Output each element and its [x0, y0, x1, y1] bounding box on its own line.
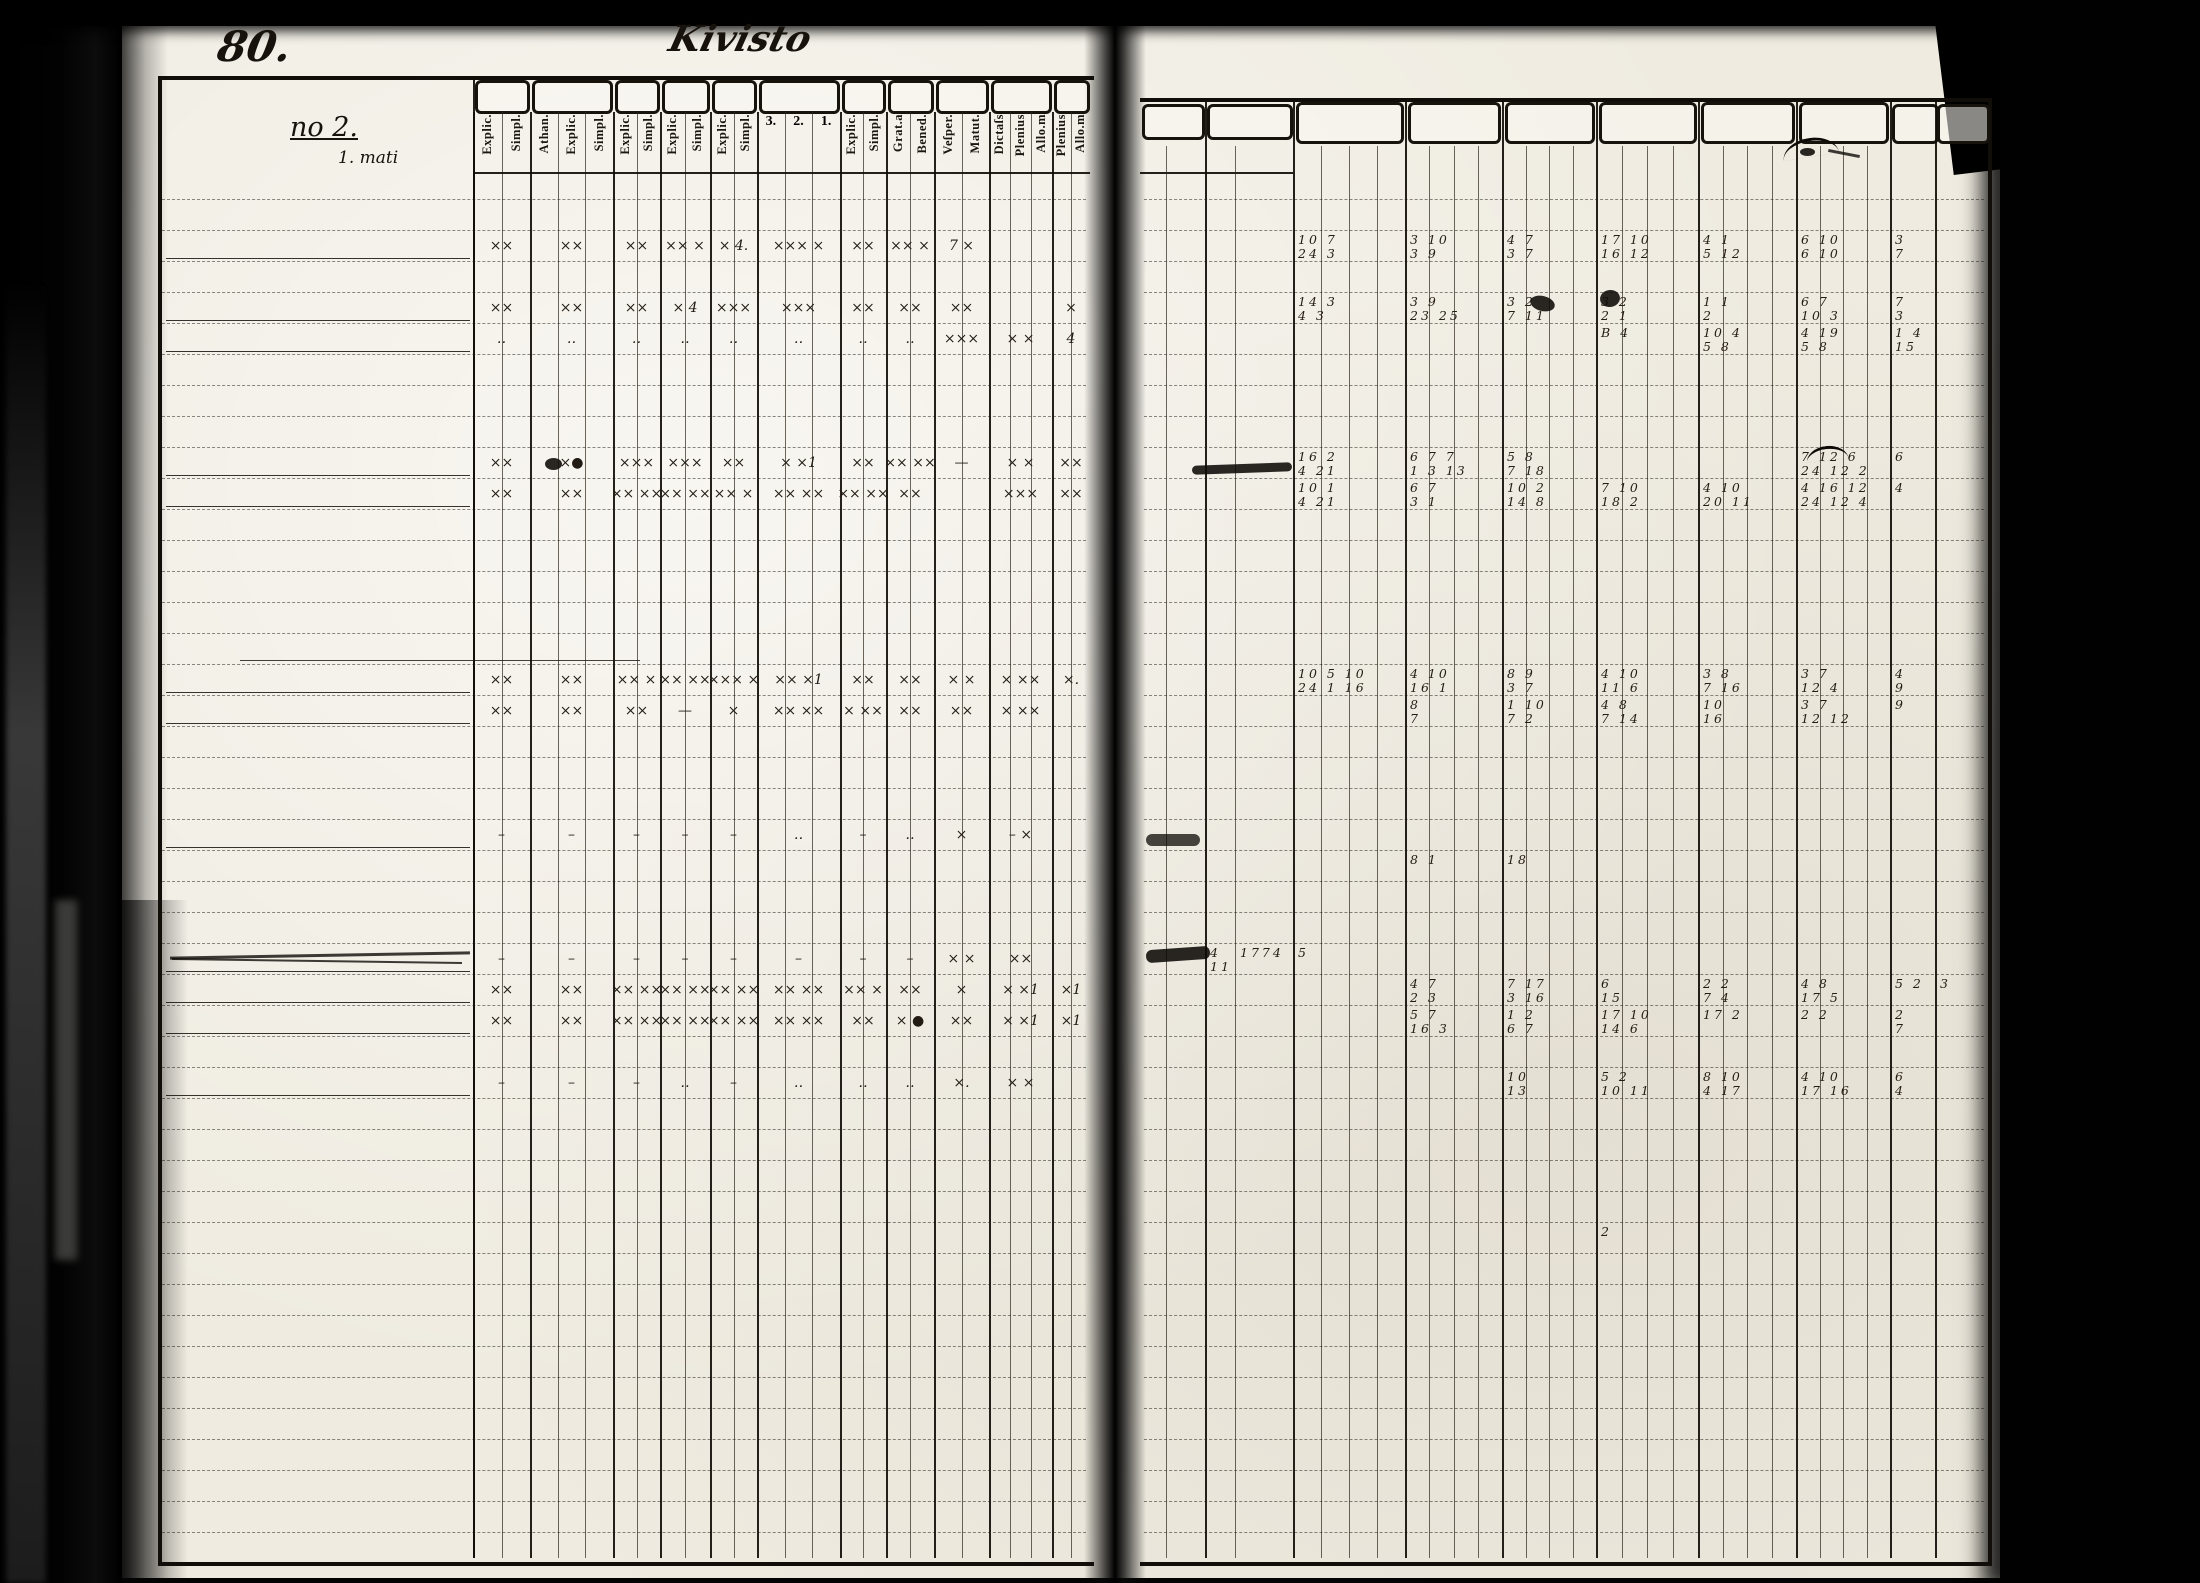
- check-cell: ×: [934, 978, 989, 1002]
- year-mark-line: 4: [1890, 1084, 1935, 1098]
- check-cell: –: [660, 823, 710, 847]
- year-mark-line: 1 1: [1698, 295, 1796, 309]
- year-mark-line: 7 16: [1698, 681, 1796, 695]
- subcolumn-header: 1.: [812, 114, 840, 172]
- year-header-3: [1599, 102, 1697, 144]
- grid-hline: [166, 1002, 470, 1003]
- grid-hline: [1144, 1501, 1984, 1502]
- grid-hline: [162, 1315, 1086, 1316]
- year-mark-cell: 1 415: [1890, 326, 1935, 355]
- subcolumn-label: Grat.a: [892, 114, 905, 152]
- grid-hline: [473, 172, 1090, 174]
- grid-hline: [162, 1005, 1086, 1006]
- check-cell: × ●: [886, 1009, 934, 1033]
- year-mark-cell: 8 1: [1405, 853, 1502, 867]
- year-mark-line: 6 7: [1405, 481, 1502, 495]
- year-mark-line: 3 16: [1502, 991, 1596, 1005]
- year-mark-cell: 4: [1890, 481, 1935, 495]
- year-mark-cell: 4 1017 16: [1796, 1070, 1890, 1099]
- check-marks-row: ×××××× ×××× ×××× ××× ×××× ×××××××××: [473, 482, 1090, 506]
- year-mark-line: 14 6: [1596, 1022, 1698, 1036]
- column-header-10: [1054, 80, 1090, 114]
- check-cell: –: [530, 823, 613, 847]
- check-cell: ×× ××: [613, 482, 660, 506]
- year-mark-cell: 1774: [1235, 946, 1293, 960]
- grid-hline: [1144, 788, 1984, 789]
- year-mark-line: 10 5 10: [1293, 667, 1405, 681]
- year-mark-line: 7: [1890, 1022, 1935, 1036]
- subcolumn-label: Explic.: [845, 114, 858, 155]
- column-header-6: [842, 80, 886, 114]
- subcolumn-header: Plenius: [1010, 114, 1031, 172]
- subcolumn-header: Simpl.: [502, 114, 531, 172]
- obiit-sub-1: [1235, 146, 1293, 170]
- year-mark-line: 4: [1890, 481, 1935, 495]
- check-cell: ‥: [473, 327, 530, 351]
- grid-hline: [162, 726, 1086, 727]
- grid-hline: [162, 1129, 1086, 1130]
- grid-hline: [162, 385, 1086, 386]
- grid-vline: [1935, 98, 1937, 1558]
- check-cell: ‥: [757, 1071, 840, 1095]
- year-mark-line: 4 1: [1698, 233, 1796, 247]
- grid-hline: [162, 292, 1086, 293]
- subcolumn-label: Explic.: [666, 114, 679, 155]
- year-mark-line: 8 1: [1405, 853, 1502, 867]
- grid-hline: [162, 230, 1086, 231]
- year-mark-line: 4: [1890, 667, 1935, 681]
- check-cell: [1052, 234, 1090, 258]
- year-header-2: [1505, 102, 1595, 144]
- subcolumn-header: Simpl.: [734, 114, 758, 172]
- check-cell: ×× ××: [757, 978, 840, 1002]
- grid-hline: [162, 1284, 1086, 1285]
- year-mark-line: 1774: [1235, 946, 1293, 960]
- check-cell: 4: [1052, 327, 1090, 351]
- subcolumn-header: Explic.: [613, 114, 637, 172]
- check-marks-row: ×××●××××××××× ×1×××× ××—× ×××: [473, 451, 1090, 475]
- grid-hline: [240, 660, 640, 661]
- check-cell: —: [660, 699, 710, 723]
- year-mark-line: 12 12: [1796, 712, 1890, 726]
- check-cell: ××× ×: [757, 234, 840, 258]
- grid-hline: [162, 1377, 1086, 1378]
- year-mark-line: 10: [1502, 1070, 1596, 1084]
- check-cell: –: [840, 823, 886, 847]
- subcolumn-header: 2.: [785, 114, 813, 172]
- year-mark-line: 17 10: [1596, 233, 1698, 247]
- check-cell: ‥: [886, 327, 934, 351]
- check-cell: ×× ××: [613, 978, 660, 1002]
- year-mark-cell: 1013: [1502, 1070, 1596, 1099]
- year-mark-line: 2 3: [1405, 991, 1502, 1005]
- year-mark-cell: 4 1011 6: [1596, 667, 1698, 696]
- check-cell: –: [613, 823, 660, 847]
- check-cell: ×1: [1052, 1009, 1090, 1033]
- check-cell: ××: [613, 234, 660, 258]
- grid-hline: [162, 633, 1086, 634]
- year-mark-line: 5 7: [1405, 1008, 1502, 1022]
- grid-hline: [1144, 1346, 1984, 1347]
- grid-hline: [162, 1253, 1086, 1254]
- grid-hline: [1144, 230, 1984, 231]
- check-cell: × ×: [989, 1071, 1052, 1095]
- year-mark-line: 5 8: [1796, 340, 1890, 354]
- check-cell: ‥: [660, 1071, 710, 1095]
- check-cell: ×× ××: [660, 482, 710, 506]
- year-mark-line: 4 10: [1796, 1070, 1890, 1084]
- grid-hline: [166, 723, 470, 724]
- year-mark-line: 7 14: [1596, 712, 1698, 726]
- year-mark-line: 1 3 13: [1405, 464, 1502, 478]
- column-header-5: [759, 80, 840, 114]
- year-mark-cell: 2 27 4: [1698, 977, 1796, 1006]
- check-cell: –: [660, 947, 710, 971]
- subcolumn-header: Explic.: [710, 114, 734, 172]
- year-mark-cell: 27: [1890, 1008, 1935, 1037]
- check-cell: ××: [840, 451, 886, 475]
- subcolumn-label: Plenius: [1055, 114, 1068, 156]
- year-mark-line: 7: [1890, 247, 1935, 261]
- subcolumn-label: 1.: [821, 114, 832, 130]
- check-cell: ×.: [934, 1071, 989, 1095]
- check-cell: ××: [934, 296, 989, 320]
- check-cell: ×× ××: [660, 668, 710, 692]
- year-mark-cell: 3: [1935, 977, 1988, 991]
- year-header-4: [1701, 102, 1795, 144]
- grid-hline: [1144, 881, 1984, 882]
- ink-blot: [1800, 148, 1815, 156]
- check-cell: ××: [530, 482, 613, 506]
- year-mark-line: 2: [1698, 309, 1796, 323]
- year-mark-line: 16 1: [1405, 681, 1502, 695]
- year-mark-line: 4 10: [1698, 481, 1796, 495]
- grid-hline: [166, 258, 470, 259]
- grid-hline: [162, 571, 1086, 572]
- check-cell: [934, 482, 989, 506]
- subcolumn-label: Plenius: [1014, 114, 1027, 156]
- column-header-1: [532, 80, 613, 114]
- year-mark-line: 18 2: [1596, 495, 1698, 509]
- column-header-8: [936, 80, 989, 114]
- grid-hline: [162, 1067, 1086, 1068]
- check-marks-row: ––––––––× ×××: [473, 947, 1090, 971]
- year-mark-line: 3 9: [1405, 247, 1502, 261]
- subcolumn-header: Explic.: [660, 114, 685, 172]
- natus-header: [1142, 104, 1205, 140]
- year-mark-cell: 73: [1890, 295, 1935, 324]
- check-cell: ××: [840, 668, 886, 692]
- subcolumn-label: Simpl.: [868, 114, 881, 151]
- check-marks-row: ‥‥‥‥‥‥‥‥×××× ×4: [473, 327, 1090, 351]
- check-cell: ×× ×1: [757, 668, 840, 692]
- grid-hline: [166, 1033, 470, 1034]
- check-cell: ×××: [757, 296, 840, 320]
- year-mark-cell: 1 26 7: [1502, 1008, 1596, 1037]
- check-cell: –: [530, 1071, 613, 1095]
- grid-hline: [162, 447, 1086, 448]
- year-mark-line: 4 7: [1405, 977, 1502, 991]
- check-cell: –: [886, 947, 934, 971]
- subcolumn-label: Explic.: [565, 114, 578, 155]
- grid-hline: [166, 971, 470, 972]
- subcolumn-header: Matut.: [962, 114, 990, 172]
- year-mark-line: 24 12 2: [1796, 464, 1890, 478]
- year-mark-cell: 16 24 21: [1293, 450, 1405, 479]
- year-mark-line: 9: [1890, 698, 1935, 712]
- year-mark-cell: 18: [1502, 853, 1596, 867]
- check-cell: ×× ××: [710, 978, 757, 1002]
- grid-hline: [162, 1036, 1086, 1037]
- grid-hline: [162, 1346, 1086, 1347]
- year-mark-line: 4 19: [1796, 326, 1890, 340]
- column-header-3: [662, 80, 710, 114]
- check-cell: [989, 234, 1052, 258]
- grid-hline: [1144, 1284, 1984, 1285]
- year-header-0: [1296, 102, 1404, 144]
- year-header-1: [1408, 102, 1501, 144]
- check-cell: × ×1: [989, 978, 1052, 1002]
- grid-hline: [162, 323, 1086, 324]
- grid-hline: [162, 261, 1086, 262]
- year-mark-cell: 615: [1596, 977, 1698, 1006]
- check-cell: [1052, 699, 1090, 723]
- check-cell: ××: [530, 668, 613, 692]
- check-cell: ×× ×: [613, 668, 660, 692]
- year-mark-line: 14 8: [1502, 495, 1596, 509]
- check-cell: ×: [934, 823, 989, 847]
- grid-hline: [166, 506, 470, 507]
- grid-hline: [162, 199, 1086, 200]
- grid-hline: [1144, 1377, 1984, 1378]
- grid-hline: [1144, 1315, 1984, 1316]
- year-mark-line: 6: [1890, 450, 1935, 464]
- year-mark-line: 3: [1890, 309, 1935, 323]
- check-cell: ××× ×: [710, 668, 757, 692]
- grid-hline: [162, 788, 1086, 789]
- year-mark-line: 1 10: [1502, 698, 1596, 712]
- check-cell: × 4: [660, 296, 710, 320]
- year-mark-line: 3 7: [1502, 247, 1596, 261]
- check-marks-row: –––––‥–‥×– ×: [473, 823, 1090, 847]
- year-mark-cell: 4 87 14: [1596, 698, 1698, 727]
- year-mark-cell: 6 7 71 3 13: [1405, 450, 1502, 479]
- check-cell: [1052, 823, 1090, 847]
- grid-hline: [1144, 540, 1984, 541]
- year-mark-cell: 49: [1890, 667, 1935, 696]
- check-cell: ‥: [613, 327, 660, 351]
- column-header-4: [712, 80, 757, 114]
- year-mark-line: 7: [1890, 295, 1935, 309]
- grid-hline: [162, 912, 1086, 913]
- check-cell: ××: [1052, 482, 1090, 506]
- check-cell: –: [613, 1071, 660, 1095]
- year-mark-line: 4 8: [1796, 977, 1890, 991]
- check-cell: ××: [840, 234, 886, 258]
- grid-hline: [162, 354, 1086, 355]
- acces-header: [1892, 104, 1939, 144]
- check-cell: × ××: [840, 699, 886, 723]
- year-mark-line: 16 2: [1293, 450, 1405, 464]
- year-mark-line: 23 25: [1405, 309, 1502, 323]
- year-mark-line: 17 10: [1596, 1008, 1698, 1022]
- check-cell: ××: [530, 978, 613, 1002]
- subcolumn-label: Allo.m: [1035, 114, 1048, 153]
- abit-header: [1937, 104, 1990, 144]
- year-mark-cell: 5 716 3: [1405, 1008, 1502, 1037]
- check-cell: ××: [473, 451, 530, 475]
- subcolumn-header: Simpl.: [585, 114, 613, 172]
- check-cell: ×××: [613, 451, 660, 475]
- year-mark-line: 20 11: [1698, 495, 1796, 509]
- year-mark-cell: 6 710 3: [1796, 295, 1890, 324]
- year-mark-cell: 4 16 1224 12 4: [1796, 481, 1890, 510]
- subcolumn-label: Veſper.: [942, 114, 955, 154]
- year-mark-cell: 4 73 7: [1502, 233, 1596, 262]
- subcolumn-label: Matut.: [969, 114, 982, 153]
- check-cell: –: [710, 947, 757, 971]
- check-cell: × ×: [934, 947, 989, 971]
- check-cell: ××: [886, 482, 934, 506]
- year-mark-line: 5 12: [1698, 247, 1796, 261]
- grid-hline: [166, 1095, 470, 1096]
- year-mark-cell: 9: [1890, 698, 1935, 712]
- year-mark-cell: 3 103 9: [1405, 233, 1502, 262]
- year-mark-line: 6 10: [1796, 233, 1890, 247]
- check-cell: ××: [473, 1009, 530, 1033]
- check-cell: ×××: [660, 451, 710, 475]
- year-mark-line: 13: [1502, 1084, 1596, 1098]
- grid-hline: [162, 1532, 1086, 1533]
- year-mark-cell: 1016: [1698, 698, 1796, 727]
- check-cell: ××: [530, 296, 613, 320]
- check-cell: × ×: [989, 327, 1052, 351]
- year-mark-line: 6 7 7: [1405, 450, 1502, 464]
- grid-hline: [162, 478, 1086, 479]
- grid-hline: [1144, 602, 1984, 603]
- year-mark-cell: 4 195 8: [1796, 326, 1890, 355]
- year-mark-cell: 6 106 10: [1796, 233, 1890, 262]
- check-cell: ×× ××: [710, 1009, 757, 1033]
- natus-smudge: [1146, 834, 1200, 846]
- column-header-0: [475, 80, 530, 114]
- year-mark-line: 3 7: [1796, 667, 1890, 681]
- year-mark-cell: 6: [1890, 450, 1935, 464]
- check-cell: ××: [530, 699, 613, 723]
- year-mark-line: 7 4: [1698, 991, 1796, 1005]
- year-mark-line: 11 6: [1596, 681, 1698, 695]
- check-cell: ×× ××: [886, 451, 934, 475]
- subcolumn-header: Dictaſs: [989, 114, 1010, 172]
- subcolumn-label: Simpl.: [593, 114, 606, 151]
- year-mark-line: 7 2: [1502, 712, 1596, 726]
- grid-hline: [1144, 1222, 1984, 1223]
- check-cell: ××: [473, 234, 530, 258]
- grid-hline: [1144, 633, 1984, 634]
- year-mark-line: 17 5: [1796, 991, 1890, 1005]
- subcolumn-header: Simpl.: [637, 114, 661, 172]
- check-cell: ××: [934, 1009, 989, 1033]
- subcolumn-header: Explic.: [473, 114, 502, 172]
- year-mark-cell: 10 5 1024 1 16: [1293, 667, 1405, 696]
- obiit-sub-0: [1205, 146, 1235, 170]
- year-mark-line: 4 16 12: [1796, 481, 1890, 495]
- column-header-2: [615, 80, 660, 114]
- year-mark-line: 5 2: [1596, 1070, 1698, 1084]
- year-mark-line: 24 3: [1293, 247, 1405, 261]
- check-cell: × ××: [989, 699, 1052, 723]
- grid-hline: [1144, 1160, 1984, 1161]
- check-cell: ××: [886, 978, 934, 1002]
- year-mark-cell: 64: [1890, 1070, 1935, 1099]
- year-mark-line: 1 4: [1890, 326, 1935, 340]
- subcolumn-header: Simpl.: [863, 114, 886, 172]
- year-mark-line: 3 8: [1698, 667, 1796, 681]
- grid-hline: [162, 1470, 1086, 1471]
- year-mark-line: 3 7: [1796, 698, 1890, 712]
- year-mark-cell: 10 724 3: [1293, 233, 1405, 262]
- check-cell: ‥: [757, 327, 840, 351]
- subcolumn-label: Simpl.: [642, 114, 655, 151]
- subcolumn-header: Plenius: [1052, 114, 1071, 172]
- grid-hline: [166, 692, 470, 693]
- subcolumn-label: Explic.: [481, 114, 494, 155]
- check-cell: ××: [613, 296, 660, 320]
- year-mark-line: 10 1: [1293, 481, 1405, 495]
- grid-hline: [162, 757, 1086, 758]
- check-cell: ××: [886, 699, 934, 723]
- year-mark-line: 10 3: [1796, 309, 1890, 323]
- check-cell: 7 ×: [934, 234, 989, 258]
- grid-hline: [162, 1222, 1086, 1223]
- check-cell: ×××: [934, 327, 989, 351]
- check-cell: –: [473, 1071, 530, 1095]
- subcolumn-label: Allo.m: [1074, 114, 1087, 153]
- year-mark-cell: 2 2: [1796, 1008, 1890, 1022]
- year-mark-line: 24 1 16: [1293, 681, 1405, 695]
- year-mark-line: 18: [1502, 853, 1596, 867]
- year-mark-line: 4 10: [1405, 667, 1502, 681]
- year-mark-line: 15: [1890, 340, 1935, 354]
- year-mark-cell: 4 1020 11: [1698, 481, 1796, 510]
- column-header-7: [888, 80, 934, 114]
- year-mark-cell: 1 12: [1698, 295, 1796, 324]
- year-mark-cell: 87: [1405, 698, 1502, 727]
- grid-hline: [162, 695, 1086, 696]
- subcolumn-label: Athan.: [538, 114, 551, 153]
- grid-hline: [162, 1098, 1086, 1099]
- natus-sub-1: [1166, 146, 1205, 170]
- grid-hline: [1144, 974, 1984, 975]
- year-mark-line: 9: [1890, 681, 1935, 695]
- grid-hline: [1144, 385, 1984, 386]
- subcolumn-label: Simpl.: [510, 114, 523, 151]
- check-cell: ×× ××: [660, 1009, 710, 1033]
- year-mark-cell: 5: [1293, 946, 1405, 960]
- grid-vline: [1205, 98, 1207, 1558]
- year-mark-line: 4 7: [1502, 233, 1596, 247]
- check-cell: ×.: [1052, 668, 1090, 692]
- year-mark-cell: B 4: [1596, 326, 1698, 340]
- check-cell: × ×: [934, 668, 989, 692]
- subcolumn-label: 2.: [793, 114, 804, 130]
- year-mark-line: B 4: [1596, 326, 1698, 340]
- check-cell: ×× ××: [613, 1009, 660, 1033]
- year-mark-line: 8 10: [1698, 1070, 1796, 1084]
- subcolumn-header: Bened.: [910, 114, 934, 172]
- year-mark-line: 2 2: [1796, 1008, 1890, 1022]
- subcolumn-header: Explic.: [840, 114, 863, 172]
